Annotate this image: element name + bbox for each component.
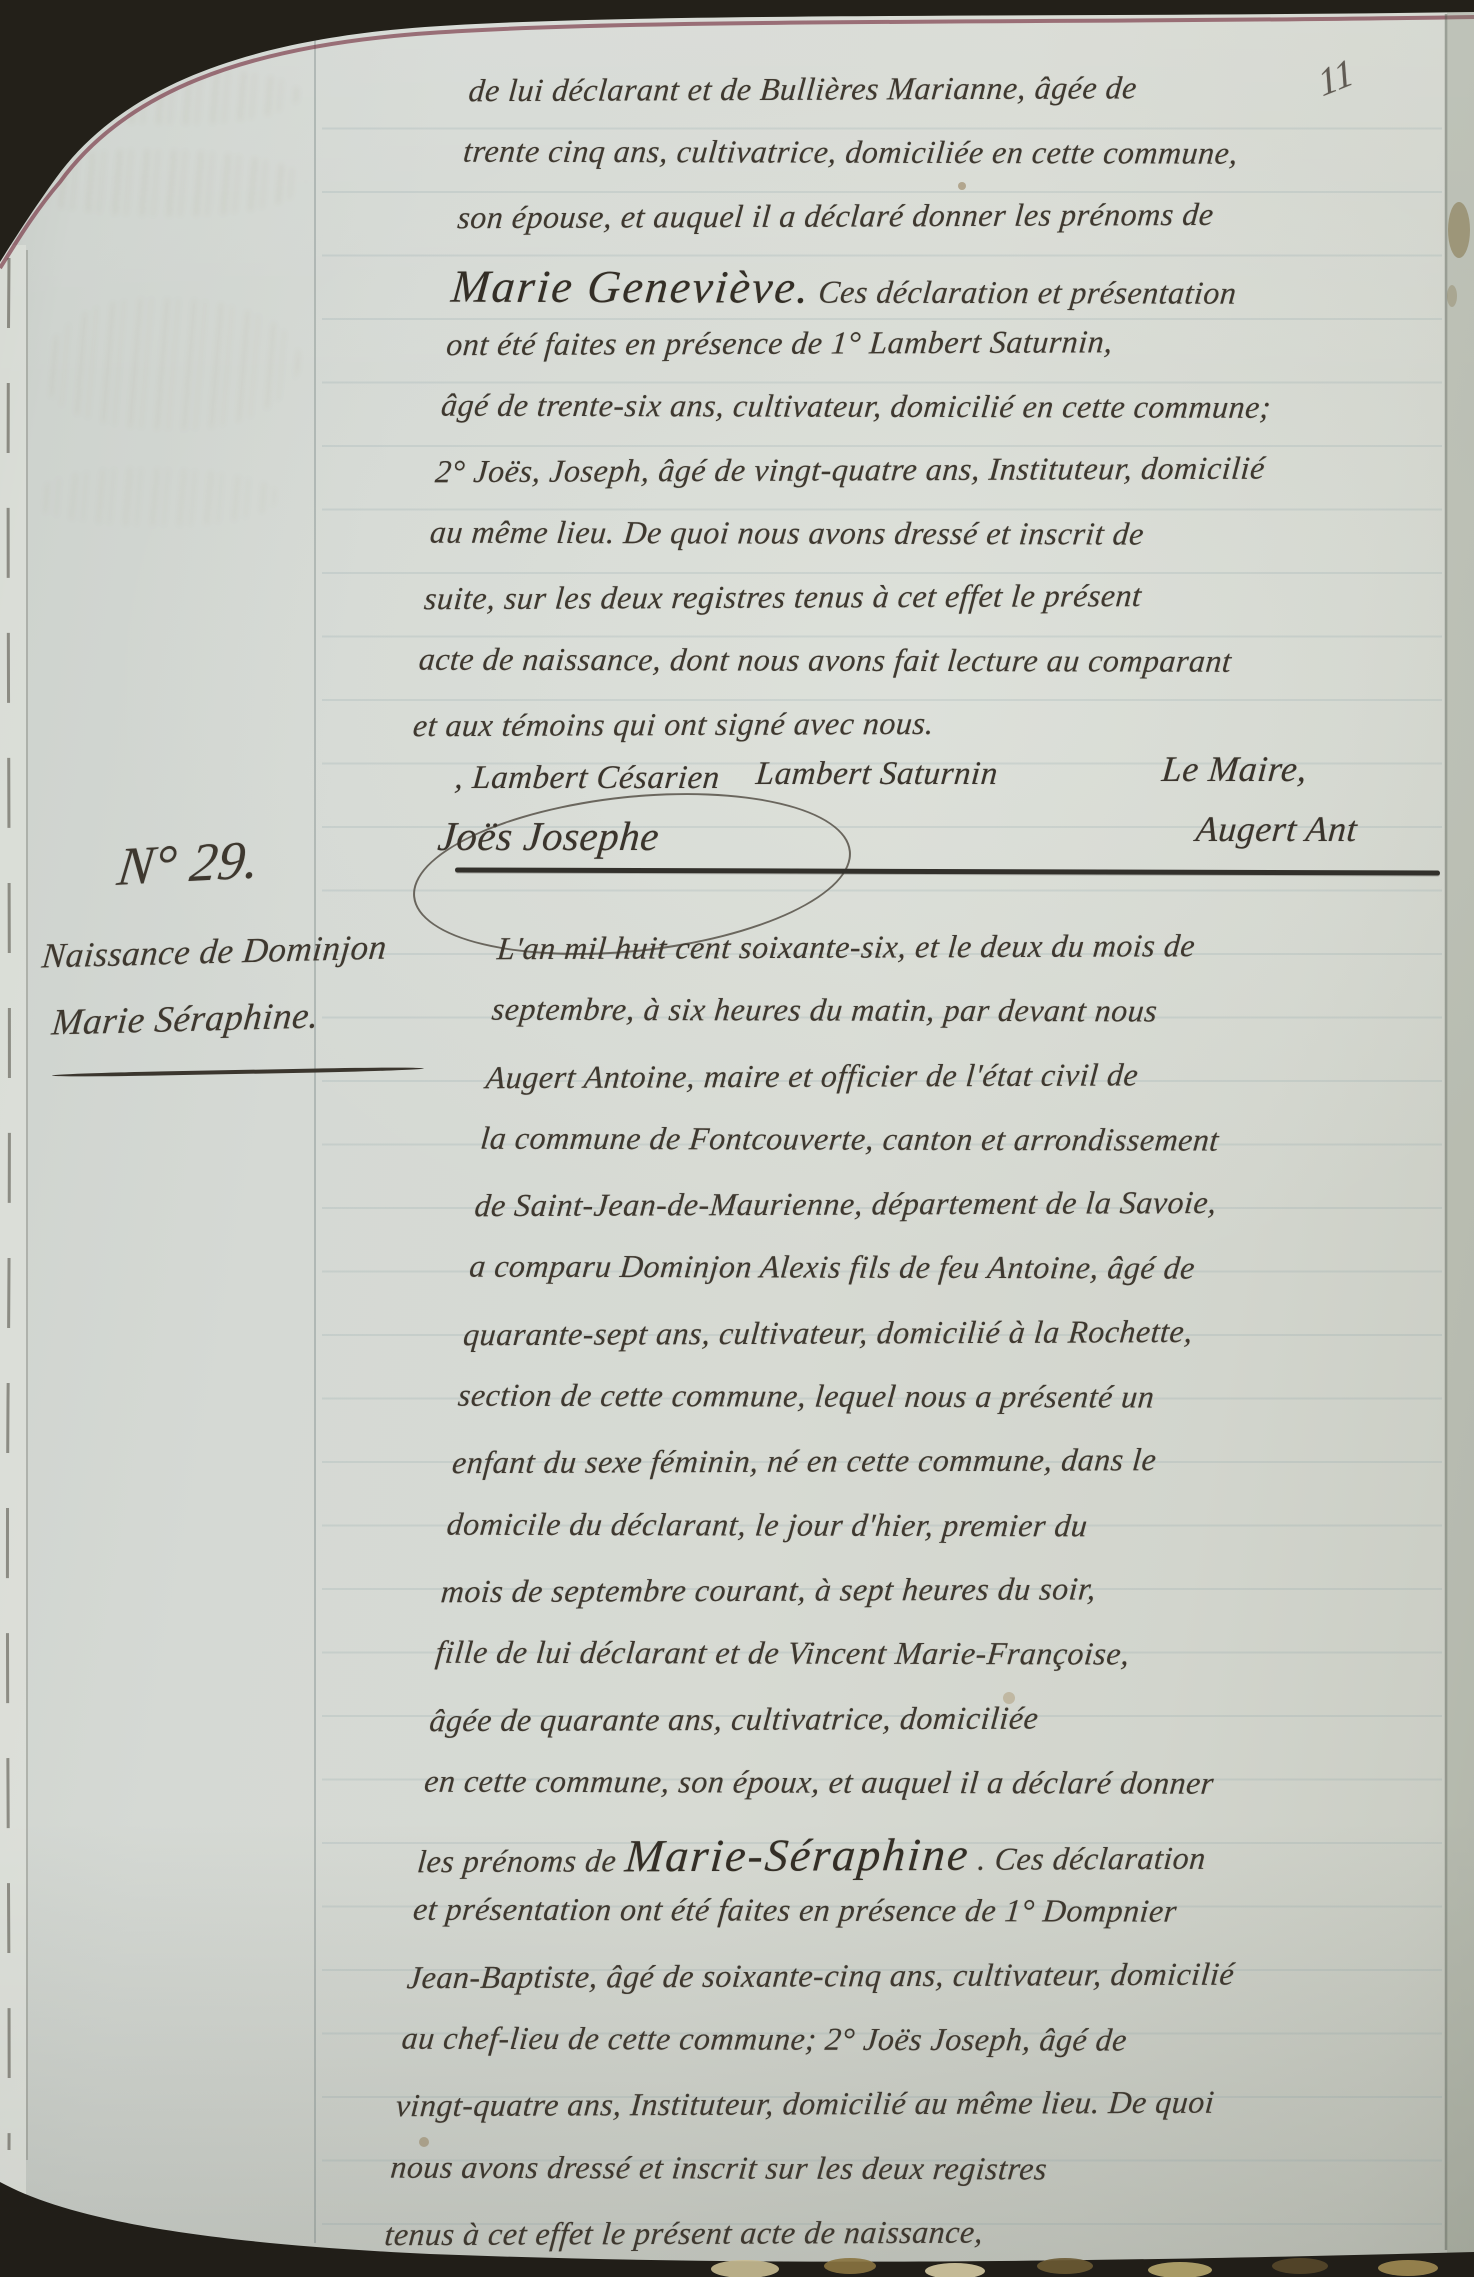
handwritten-text: âgé de trente-six ans, cultivateur, domi…: [440, 386, 1273, 424]
signature-witness-lambert-saturnin: Lambert Saturnin: [754, 756, 999, 793]
handwritten-text: âgée de quarante ans, cultivatrice, domi…: [428, 1699, 1040, 1738]
register-scan: 11 de lui déclarant et de Bullières Mari…: [0, 0, 1474, 2277]
handwritten-text: 2° Joës, Joseph, âgé de vingt-quatre ans…: [434, 450, 1267, 490]
act-2-text: L'an mil huit cent soixante-six, et le d…: [381, 928, 1474, 2277]
margin-rule-line: [314, 18, 316, 2243]
handwritten-line: Jean-Baptiste, âgé de soixante-cinq ans,…: [403, 1955, 1427, 2024]
handwritten-text: trente cinq ans, cultivatrice, domicilié…: [462, 132, 1240, 170]
margin-note-line2: Marie Séraphine.: [50, 994, 321, 1044]
handwritten-line: mois de septembre courant, à sept heures…: [437, 1569, 1461, 1638]
handwritten-text: domicile du déclarant, le jour d'hier, p…: [445, 1505, 1089, 1543]
handwritten-text: septembre, à six heures du matin, par de…: [490, 991, 1159, 1029]
handwritten-line: âgé de trente-six ans, cultivateur, domi…: [437, 386, 1460, 452]
handwritten-line: nous avons dressé et inscrit sur les deu…: [387, 2148, 1411, 2215]
margin-act-number: N° 29.: [114, 828, 263, 898]
register-page: 11 de lui déclarant et de Bullières Mari…: [0, 0, 1474, 2277]
handwritten-text: L'an mil huit cent soixante-six, et le d…: [496, 927, 1197, 966]
handwritten-line: en cette commune, son époux, et auquel i…: [420, 1763, 1444, 1830]
handwritten-text: enfant du sexe féminin, né en cette comm…: [451, 1442, 1158, 1481]
handwritten-text: a comparu Dominjon Alexis fils de feu An…: [468, 1248, 1197, 1286]
handwritten-text: fille de lui déclarant et de Vincent Mar…: [434, 1634, 1131, 1672]
handwritten-line: enfant du sexe féminin, né en cette comm…: [448, 1440, 1472, 1509]
handwritten-line: les prénoms de Marie-Séraphine . Ces déc…: [415, 1826, 1439, 1895]
handwritten-text: la commune de Fontcouverte, canton et ar…: [479, 1120, 1220, 1158]
handwritten-text: nous avons dressé et inscrit sur les deu…: [389, 2148, 1049, 2186]
handwritten-line: son épouse, et auquel il a déclaré donne…: [454, 195, 1474, 263]
handwritten-text: suite, sur les deux registres tenus à ce…: [423, 577, 1143, 616]
handwritten-text: mois de septembre courant, à sept heures…: [439, 1570, 1097, 1609]
handwritten-text: section de cette commune, lequel nous a …: [457, 1377, 1156, 1415]
margin-note-line1: Naissance de Dominjon: [40, 927, 389, 976]
handwritten-line: et présentation ont été faites en présen…: [409, 1891, 1433, 1958]
handwritten-line: la commune de Fontcouverte, canton et ar…: [477, 1120, 1474, 1187]
signature-mayor-augert: Augert Ant: [1194, 808, 1359, 850]
handwritten-text: et aux témoins qui ont signé avec nous.: [412, 705, 936, 743]
handwritten-text: Augert Antoine, maire et officier de l'é…: [484, 1056, 1139, 1095]
handwritten-line: a comparu Dominjon Alexis fils de feu An…: [465, 1248, 1474, 1315]
signature-mayor-title: Le Maire,: [1160, 748, 1309, 790]
handwritten-text: les prénoms de: [416, 1842, 627, 1879]
handwritten-text: son épouse, et auquel il a déclaré donne…: [456, 196, 1215, 235]
child-given-names: Marie-Séraphine: [623, 1829, 972, 1882]
handwritten-text: et présentation ont été faites en présen…: [412, 1891, 1179, 1929]
handwritten-line: quarante-sept ans, cultivateur, domicili…: [460, 1312, 1474, 1381]
handwritten-text: tenus à cet effet le présent acte de nai…: [383, 2214, 985, 2253]
handwritten-line: section de cette commune, lequel nous a …: [454, 1377, 1474, 1444]
handwritten-line: suite, sur les deux registres tenus à ce…: [421, 576, 1445, 644]
handwritten-line: domicile du déclarant, le jour d'hier, p…: [443, 1505, 1467, 1572]
handwritten-line: ont été faites en présence de 1° Lambert…: [443, 322, 1467, 390]
handwritten-line: au chef-lieu de cette commune; 2° Joës J…: [398, 2020, 1422, 2087]
handwritten-text: acte de naissance, dont nous avons fait …: [418, 640, 1234, 678]
ink-bleed-through: [24, 149, 307, 218]
act-1-text: de lui déclarant et de Bullières Mariann…: [409, 70, 1474, 769]
margin-note-underline: [52, 1066, 424, 1077]
handwritten-line: fille de lui déclarant et de Vincent Mar…: [432, 1634, 1456, 1701]
handwritten-text: Jean-Baptiste, âgé de soixante-cinq ans,…: [406, 1955, 1236, 1995]
handwritten-text: ont été faites en présence de 1° Lambert…: [445, 323, 1114, 362]
ink-bleed-through: [43, 297, 300, 432]
handwritten-line: de lui déclarant et de Bullières Mariann…: [465, 68, 1474, 136]
signature-witness-lambert-cesarien: , Lambert Césarien: [453, 760, 721, 797]
handwritten-line: âgée de quarante ans, cultivatrice, domi…: [426, 1697, 1450, 1766]
handwritten-line: 2° Joës, Joseph, âgé de vingt-quatre ans…: [432, 449, 1456, 517]
handwritten-text: quarante-sept ans, cultivateur, domicili…: [462, 1313, 1194, 1352]
ink-bleed-through: [40, 65, 301, 126]
handwritten-text: de Saint-Jean-de-Maurienne, département …: [473, 1184, 1218, 1223]
handwritten-line: de Saint-Jean-de-Maurienne, département …: [471, 1183, 1474, 1252]
handwritten-text: Ces déclaration et présentation: [809, 273, 1239, 310]
handwritten-text: au même lieu. De quoi nous avons dressé …: [429, 513, 1146, 551]
handwritten-text: . Ces déclaration: [968, 1840, 1208, 1877]
child-given-names: Marie Geneviève.: [449, 260, 812, 312]
handwritten-text: en cette commune, son époux, et auquel i…: [423, 1763, 1216, 1801]
handwritten-line: septembre, à six heures du matin, par de…: [488, 991, 1474, 1058]
handwritten-text: au chef-lieu de cette commune; 2° Joës J…: [400, 2020, 1128, 2058]
handwritten-line: L'an mil huit cent soixante-six, et le d…: [493, 926, 1474, 995]
handwritten-line: vingt-quatre ans, Instituteur, domicilié…: [392, 2083, 1416, 2152]
handwritten-line: Marie Geneviève. Ces déclaration et prés…: [448, 259, 1471, 325]
handwritten-line: tenus à cet effet le présent acte de nai…: [381, 2212, 1405, 2277]
handwritten-text: de lui déclarant et de Bullières Mariann…: [467, 69, 1138, 108]
handwritten-line: acte de naissance, dont nous avons fait …: [415, 640, 1438, 706]
handwritten-text: vingt-quatre ans, Instituteur, domicilié…: [394, 2084, 1215, 2124]
handwritten-line: Augert Antoine, maire et officier de l'é…: [482, 1054, 1474, 1123]
handwritten-line: trente cinq ans, cultivatrice, domicilié…: [459, 132, 1474, 198]
handwritten-line: au même lieu. De quoi nous avons dressé …: [426, 513, 1449, 579]
ink-bleed-through: [34, 467, 281, 528]
